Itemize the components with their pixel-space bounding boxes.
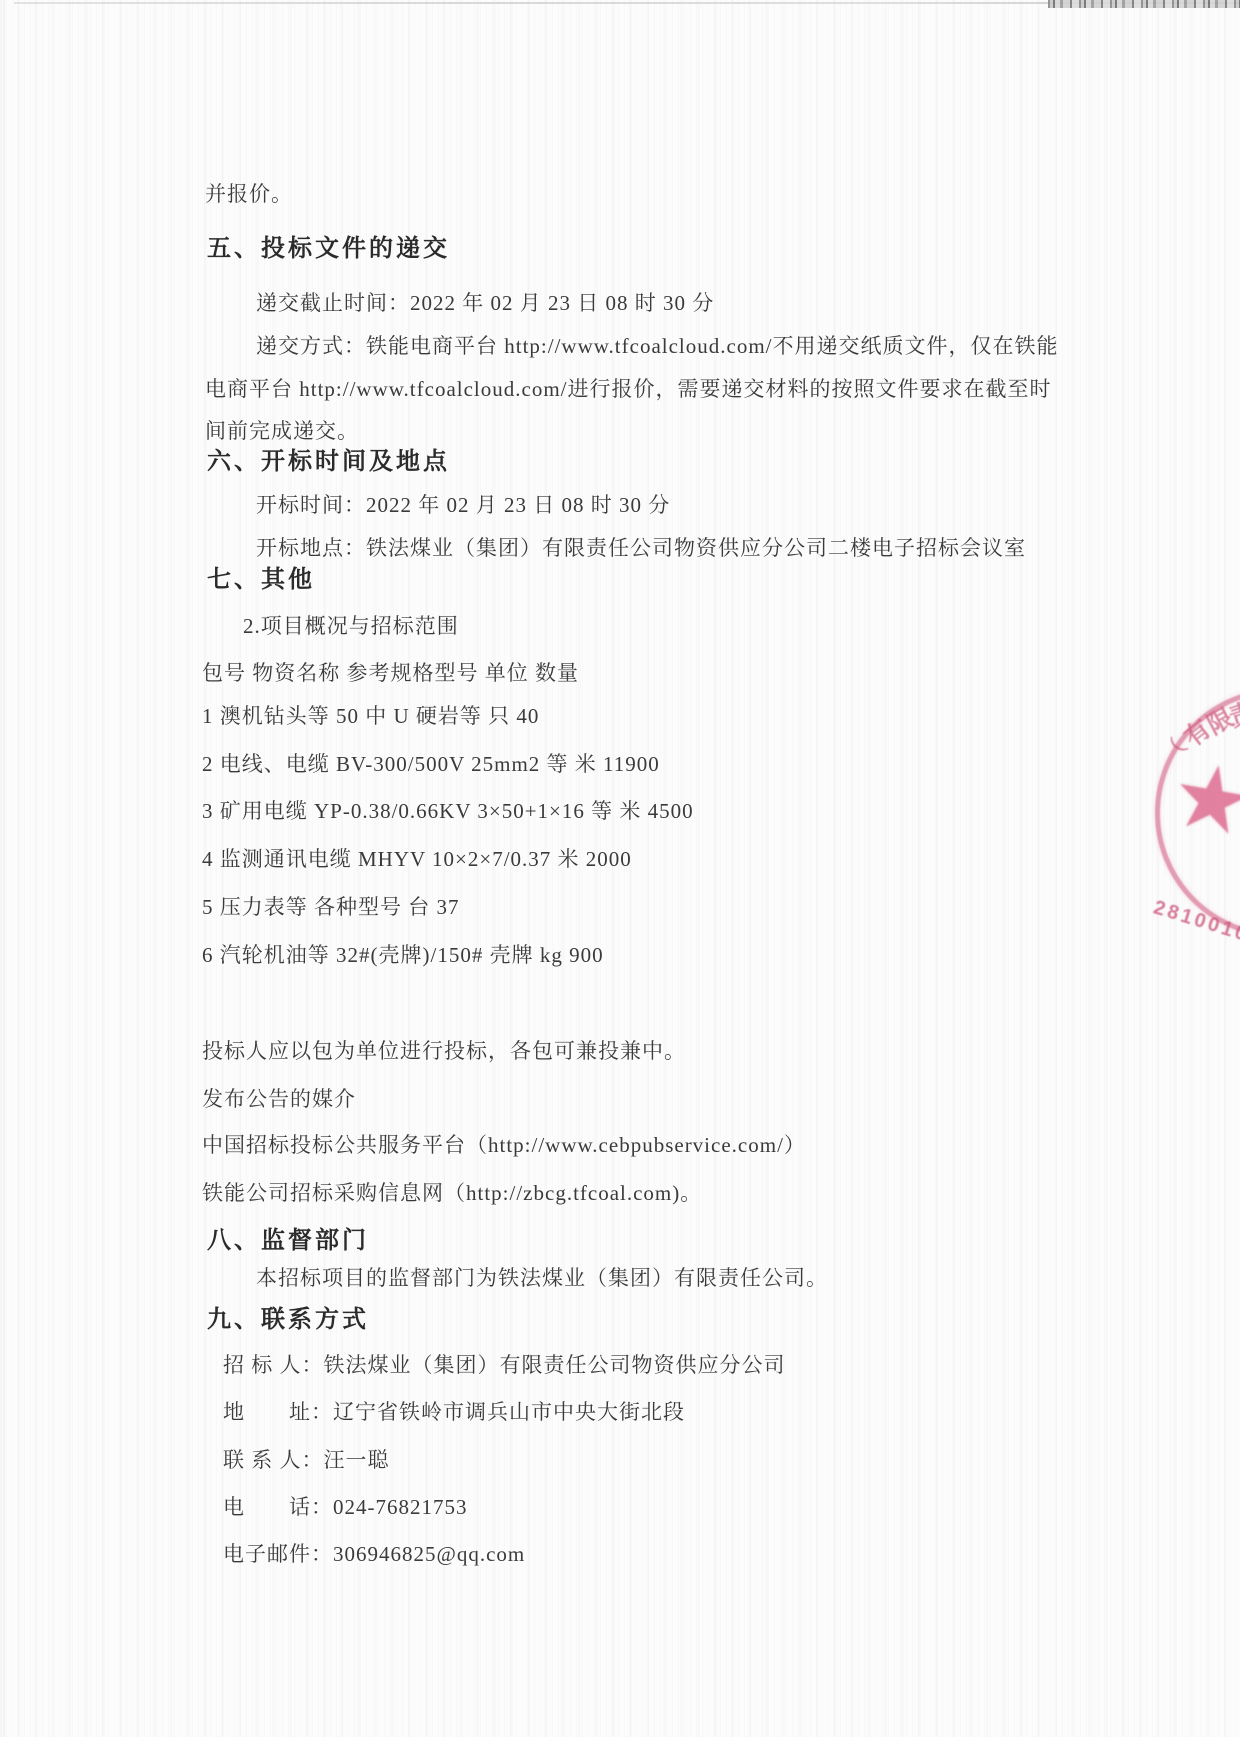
deadline-line: 递交截止时间：2022 年 02 月 23 日 08 时 30 分 bbox=[256, 290, 714, 317]
media-title-line: 发布公告的媒介 bbox=[202, 1086, 356, 1113]
section8-heading: 八、监督部门 bbox=[207, 1226, 369, 1256]
table-row: 3 矿用电缆 YP-0.38/0.66KV 3×50+1×16 等 米 4500 bbox=[202, 798, 694, 825]
open-time-line: 开标时间：2022 年 02 月 23 日 08 时 30 分 bbox=[256, 492, 670, 519]
method-line-3: 间前完成递交。 bbox=[205, 418, 359, 445]
seal-paren-char: （ bbox=[1155, 733, 1193, 769]
section7-heading: 七、其他 bbox=[207, 565, 315, 595]
email-line: 电子邮件：306946825@qq.com bbox=[223, 1541, 525, 1568]
table-row: 4 监测通讯电缆 MHYV 10×2×7/0.37 米 2000 bbox=[202, 846, 632, 873]
table-row: 6 汽轮机油等 32#(壳牌)/150# 壳牌 kg 900 bbox=[202, 942, 604, 969]
address-line: 地 址：辽宁省铁岭市调兵山市中央大街北段 bbox=[223, 1399, 685, 1426]
seal-arc-char: 责 bbox=[1224, 692, 1240, 734]
seal-circle bbox=[1155, 688, 1240, 938]
section5-heading: 五、投标文件的递交 bbox=[207, 234, 450, 264]
method-line-2: 电商平台 http://www.tfcoalcloud.com/进行报价，需要递… bbox=[205, 376, 1052, 403]
table-row: 2 电线、电缆 BV-300/500V 25mm2 等 米 11900 bbox=[202, 751, 660, 778]
table-header-row: 包号 物资名称 参考规格型号 单位 数量 bbox=[202, 660, 579, 687]
section6-heading: 六、开标时间及地点 bbox=[207, 447, 450, 477]
bid-note-line: 投标人应以包为单位进行投标，各包可兼投兼中。 bbox=[202, 1038, 686, 1065]
media-platform-2: 铁能公司招标采购信息网（http://zbcg.tfcoal.com)。 bbox=[202, 1180, 702, 1207]
bidder-line: 招 标 人：铁法煤业（集团）有限责任公司物资供应分公司 bbox=[223, 1352, 786, 1379]
closing-line: 并报价。 bbox=[205, 181, 293, 208]
seal-arc-char: 限 bbox=[1200, 698, 1239, 742]
seal-star-icon: ★ bbox=[1165, 750, 1240, 853]
seal-serial-number: 28100100 bbox=[1151, 897, 1240, 952]
section9-heading: 九、联系方式 bbox=[207, 1305, 369, 1335]
scanned-document-page: 并报价。 五、投标文件的递交 递交截止时间：2022 年 02 月 23 日 0… bbox=[0, 0, 1240, 1753]
supervision-body-line: 本招标项目的监督部门为铁法煤业（集团）有限责任公司。 bbox=[256, 1265, 828, 1292]
scan-left-edge bbox=[3, 0, 5, 1753]
scan-bottom-edge bbox=[0, 1737, 1240, 1753]
table-row: 1 澳机钻头等 50 中 U 硬岩等 只 40 bbox=[202, 703, 539, 730]
phone-line: 电 话：024-76821753 bbox=[223, 1494, 468, 1521]
media-platform-1: 中国招标投标公共服务平台（http://www.cebpubservice.co… bbox=[202, 1132, 806, 1159]
contact-person-line: 联 系 人：汪一聪 bbox=[223, 1447, 390, 1474]
method-line-1: 递交方式：铁能电商平台 http://www.tfcoalcloud.com/不… bbox=[256, 333, 1059, 360]
red-company-seal: （ 有 限 责 ★ 28100100 bbox=[0, 0, 1240, 1753]
seal-arc-char: 有 bbox=[1176, 710, 1218, 754]
scan-streak-artifact bbox=[1048, 0, 1240, 8]
open-place-line: 开标地点：铁法煤业（集团）有限责任公司物资供应分公司二楼电子招标会议室 bbox=[256, 535, 1026, 562]
table-row: 5 压力表等 各种型号 台 37 bbox=[202, 894, 460, 921]
project-scope-subtitle: 2.项目概况与招标范围 bbox=[243, 613, 459, 640]
